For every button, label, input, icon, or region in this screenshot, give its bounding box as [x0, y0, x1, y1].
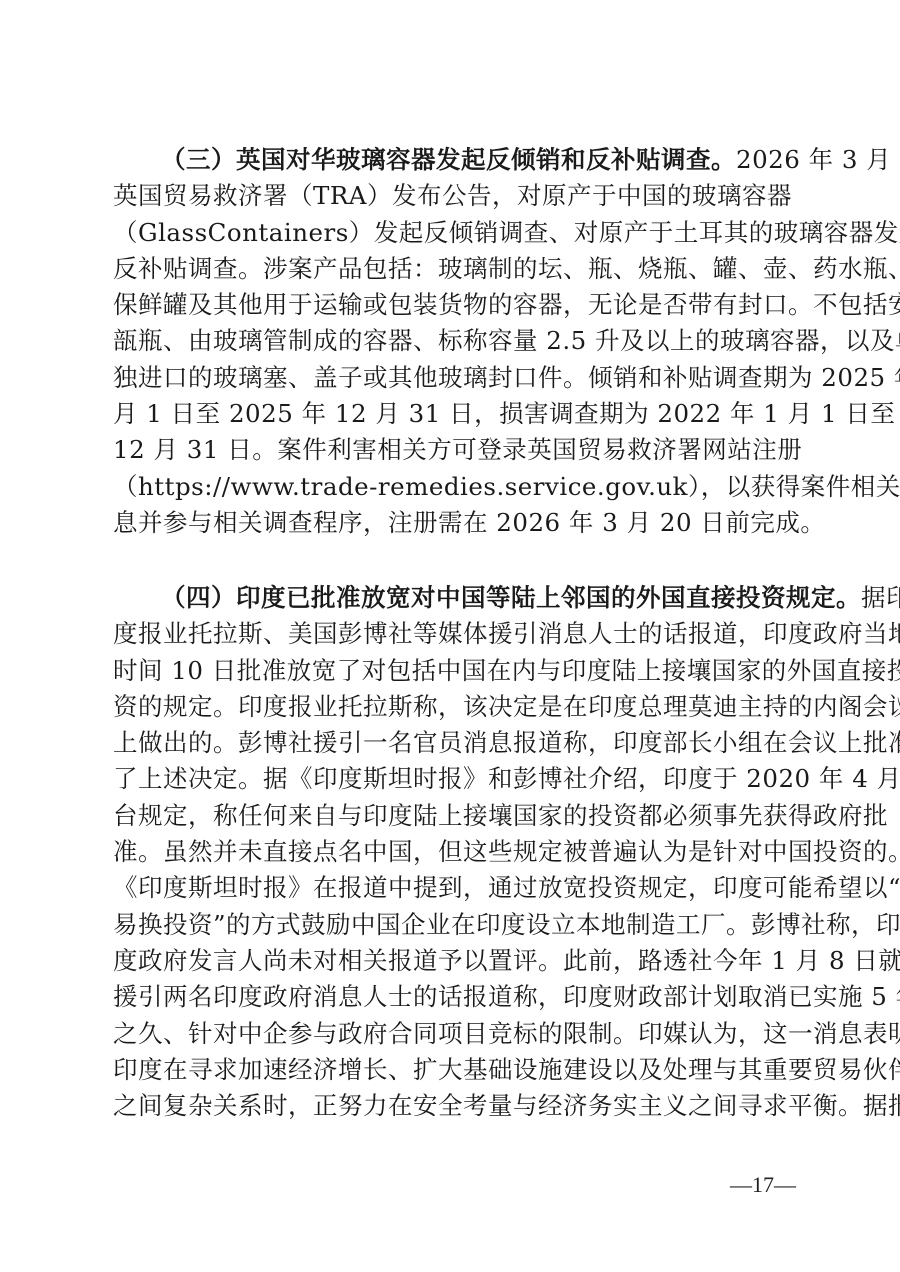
paragraph-line: 月 1 日至 2025 年 12 月 31 日，损害调查期为 2022 年 1 … — [113, 396, 791, 432]
paragraph-line: 保鲜罐及其他用于运输或包装货物的容器，无论是否带有封口。不包括安 — [113, 287, 791, 323]
paragraph-line: 台规定，称任何来自与印度陆上接壤国家的投资都必须事先获得政府批 — [113, 798, 791, 834]
section-heading: （三）英国对华玻璃容器发起反倾销和反补贴调查。 — [161, 145, 736, 174]
paragraph-line: 资的规定。印度报业托拉斯称，该决定是在印度总理莫迪主持的内阁会议 — [113, 689, 791, 725]
paragraph-line: 之久、针对中企参与政府合同项目竞标的限制。印媒认为，这一消息表明 — [113, 1016, 791, 1052]
paragraph-line: 了上述决定。据《印度斯坦时报》和彭博社介绍，印度于 2020 年 4 月出 — [113, 761, 791, 797]
paragraph-line: 印度在寻求加速经济增长、扩大基础设施建设以及处理与其重要贸易伙伴 — [113, 1052, 791, 1088]
paragraph-line: 度政府发言人尚未对相关报道予以置评。此前，路透社今年 1 月 8 日就曾 — [113, 943, 791, 979]
paragraph-line: （三）英国对华玻璃容器发起反倾销和反补贴调查。2026 年 3 月 5 日， — [113, 142, 791, 178]
document-page: （三）英国对华玻璃容器发起反倾销和反补贴调查。2026 年 3 月 5 日， 英… — [0, 0, 900, 1272]
paragraph-line: 准。虽然并未直接点名中国，但这些规定被普遍认为是针对中国投资的。 — [113, 834, 791, 870]
paragraph-line: 度报业托拉斯、美国彭博社等媒体援引消息人士的话报道，印度政府当地 — [113, 616, 791, 652]
paragraph-line: （GlassContainers）发起反倾销调查、对原产于土耳其的玻璃容器发起 — [113, 215, 791, 251]
paragraph-line: 反补贴调查。涉案产品包括：玻璃制的坛、瓶、烧瓶、罐、壶、药水瓶、 — [113, 251, 791, 287]
page-number: —17— — [730, 1172, 796, 1198]
paragraph-line: 息并参与相关调查程序，注册需在 2026 年 3 月 20 日前完成。 — [113, 505, 791, 541]
paragraph-line: 上做出的。彭博社援引一名官员消息报道称，印度部长小组在会议上批准 — [113, 725, 791, 761]
section-heading: （四）印度已批准放宽对中国等陆上邻国的外国直接投资规定。 — [161, 583, 861, 612]
paragraph-line: 瓿瓶、由玻璃管制成的容器、标称容量 2.5 升及以上的玻璃容器，以及单 — [113, 323, 791, 359]
paragraph-line: 《印度斯坦时报》在报道中提到，通过放宽投资规定，印度可能希望以“贸 — [113, 870, 791, 906]
paragraph-line: 易换投资”的方式鼓励中国企业在印度设立本地制造工厂。彭博社称，印 — [113, 907, 791, 943]
paragraph-line: 12 月 31 日。案件利害相关方可登录英国贸易救济署网站注册 — [113, 432, 791, 468]
section-india-fdi-rules: （四）印度已批准放宽对中国等陆上邻国的外国直接投资规定。据印 度报业托拉斯、美国… — [113, 580, 791, 1124]
paragraph-line: 独进口的玻璃塞、盖子或其他玻璃封口件。倾销和补贴调查期为 2025 年 1 — [113, 360, 791, 396]
paragraph-line: 援引两名印度政府消息人士的话报道称，印度财政部计划取消已实施 5 年 — [113, 979, 791, 1015]
paragraph-line: （四）印度已批准放宽对中国等陆上邻国的外国直接投资规定。据印 — [113, 580, 791, 616]
paragraph-line: 英国贸易救济署（TRA）发布公告，对原产于中国的玻璃容器 — [113, 178, 791, 214]
paragraph-line: 之间复杂关系时，正努力在安全考量与经济务实主义之间寻求平衡。据报 — [113, 1088, 791, 1124]
paragraph-line-url: （https://www.trade-remedies.service.gov.… — [113, 469, 791, 505]
section-uk-glass-containers: （三）英国对华玻璃容器发起反倾销和反补贴调查。2026 年 3 月 5 日， 英… — [113, 142, 791, 541]
paragraph-line: 时间 10 日批准放宽了对包括中国在内与印度陆上接壤国家的外国直接投 — [113, 653, 791, 689]
